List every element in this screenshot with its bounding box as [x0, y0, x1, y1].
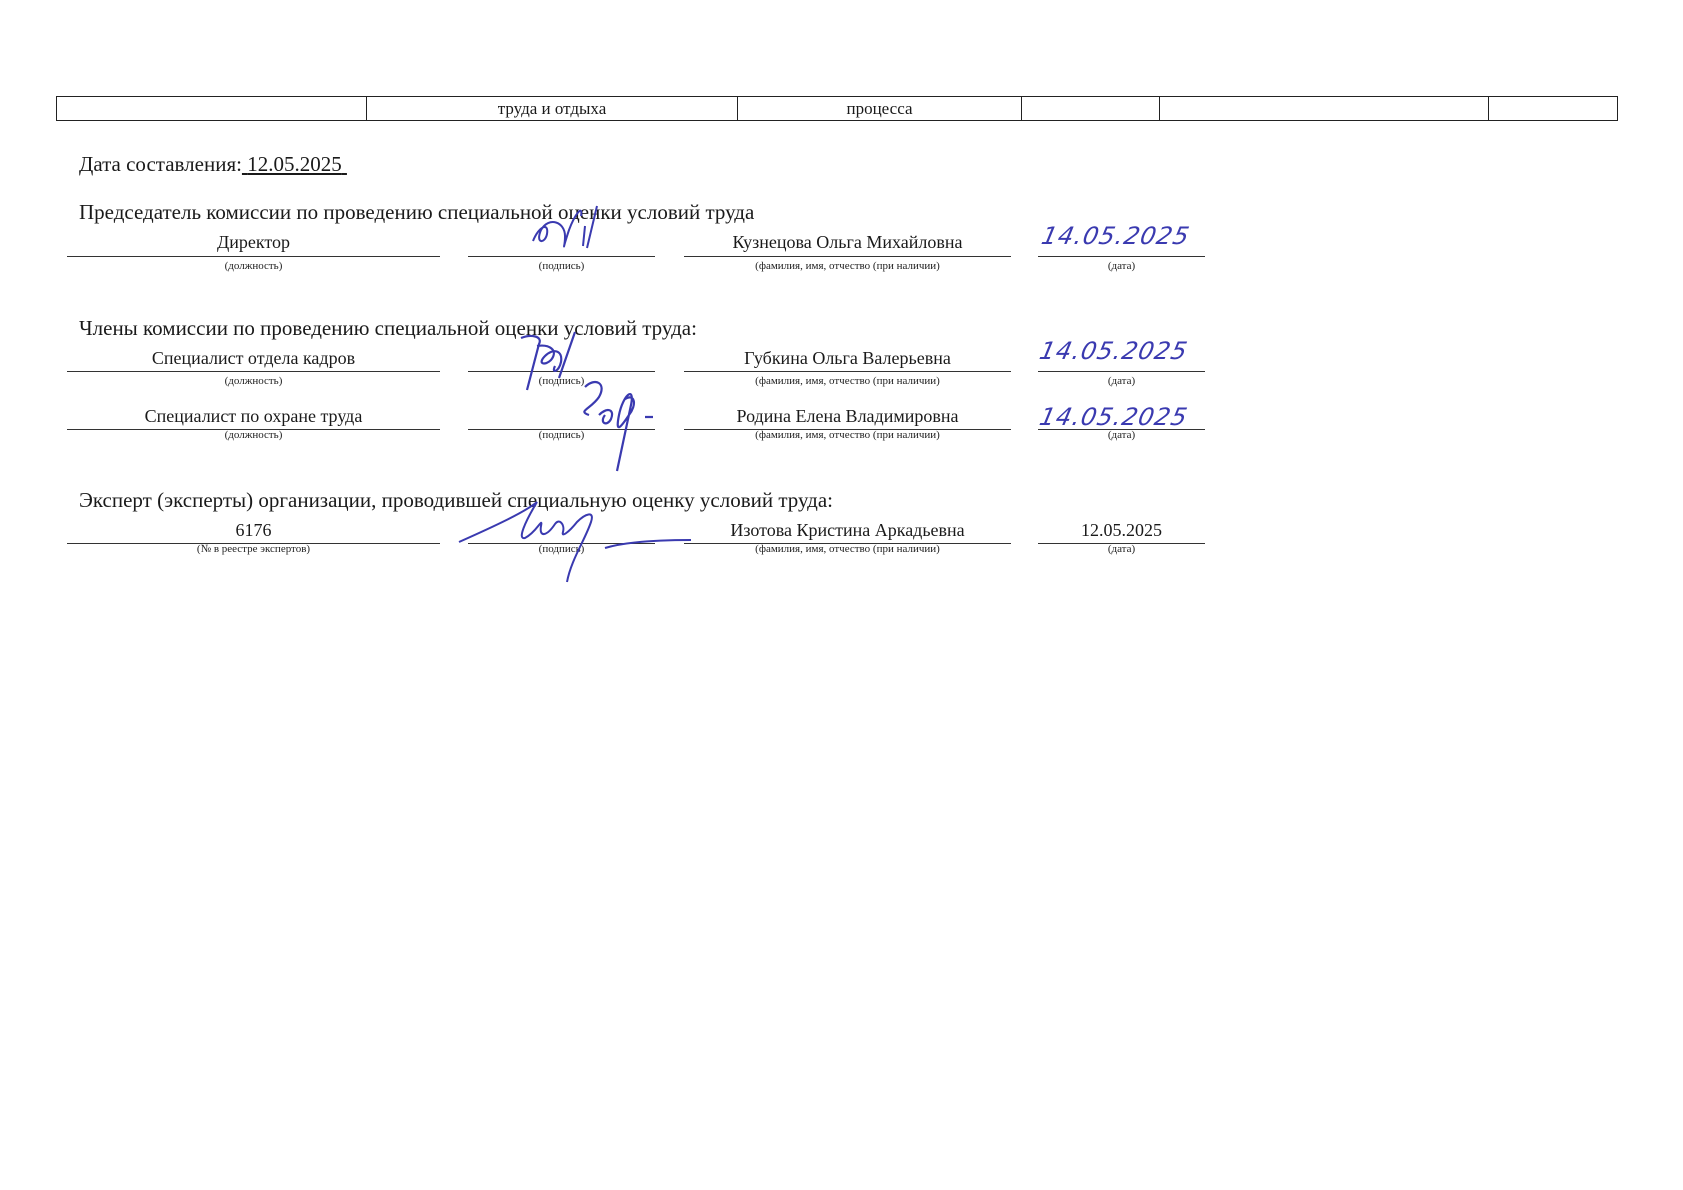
table-cell: [1489, 97, 1617, 120]
caption-signature: (подпись): [468, 543, 655, 555]
member-name-line: [684, 371, 1011, 372]
chairman-signature-line: [468, 256, 655, 257]
chairman-full-name: Кузнецова Ольга Михайловна: [684, 232, 1011, 253]
caption-date: (дата): [1038, 543, 1205, 555]
caption-position: (должность): [67, 429, 440, 441]
compile-date-value: 12.05.2025: [242, 152, 347, 176]
caption-date: (дата): [1038, 429, 1205, 441]
caption-position: (должность): [67, 260, 440, 272]
table-cell: [1022, 97, 1160, 120]
chairman-date-line: [1038, 256, 1205, 257]
members-heading: Члены комиссии по проведению специальной…: [79, 316, 697, 341]
caption-full-name: (фамилия, имя, отчество (при наличии): [684, 260, 1011, 272]
chairman-position-line: [67, 256, 440, 257]
compile-date: Дата составления: 12.05.2025: [79, 152, 347, 177]
member-handwritten-date: 14.05.2025: [1037, 337, 1190, 365]
chairman-handwritten-date: 14.05.2025: [1039, 222, 1192, 250]
chairman-position: Директор: [67, 232, 440, 253]
expert-date: 12.05.2025: [1038, 520, 1205, 541]
expert-full-name: Изотова Кристина Аркадьевна: [684, 520, 1011, 541]
expert-registry-number: 6176: [67, 520, 440, 541]
caption-registry: (№ в реестре экспертов): [67, 543, 440, 555]
table-cell: [1160, 97, 1489, 120]
member-full-name: Губкина Ольга Валерьевна: [684, 348, 1011, 369]
chairman-name-line: [684, 256, 1011, 257]
member-position-line: [67, 371, 440, 372]
caption-position: (должность): [67, 375, 440, 387]
compile-date-label: Дата составления:: [79, 152, 242, 176]
caption-signature: (подпись): [468, 375, 655, 387]
caption-signature: (подпись): [468, 260, 655, 272]
caption-date: (дата): [1038, 260, 1205, 272]
caption-full-name: (фамилия, имя, отчество (при наличии): [684, 429, 1011, 441]
member-position: Специалист отдела кадров: [67, 348, 440, 369]
table-fragment-row: труда и отдыха процесса: [56, 96, 1618, 121]
member-position: Специалист по охране труда: [67, 406, 440, 427]
caption-date: (дата): [1038, 375, 1205, 387]
table-cell: процесса: [738, 97, 1022, 120]
caption-full-name: (фамилия, имя, отчество (при наличии): [684, 543, 1011, 555]
expert-heading: Эксперт (эксперты) организации, проводив…: [79, 488, 833, 513]
table-cell: [57, 97, 367, 120]
member-full-name: Родина Елена Владимировна: [684, 406, 1011, 427]
table-cell: труда и отдыха: [367, 97, 738, 120]
member-signature-line: [468, 371, 655, 372]
member-date-line: [1038, 371, 1205, 372]
caption-full-name: (фамилия, имя, отчество (при наличии): [684, 375, 1011, 387]
caption-signature: (подпись): [468, 429, 655, 441]
member-handwritten-date: 14.05.2025: [1037, 403, 1190, 431]
member-signature-mark: [555, 375, 665, 480]
chairman-heading: Председатель комиссии по проведению спец…: [79, 200, 754, 225]
